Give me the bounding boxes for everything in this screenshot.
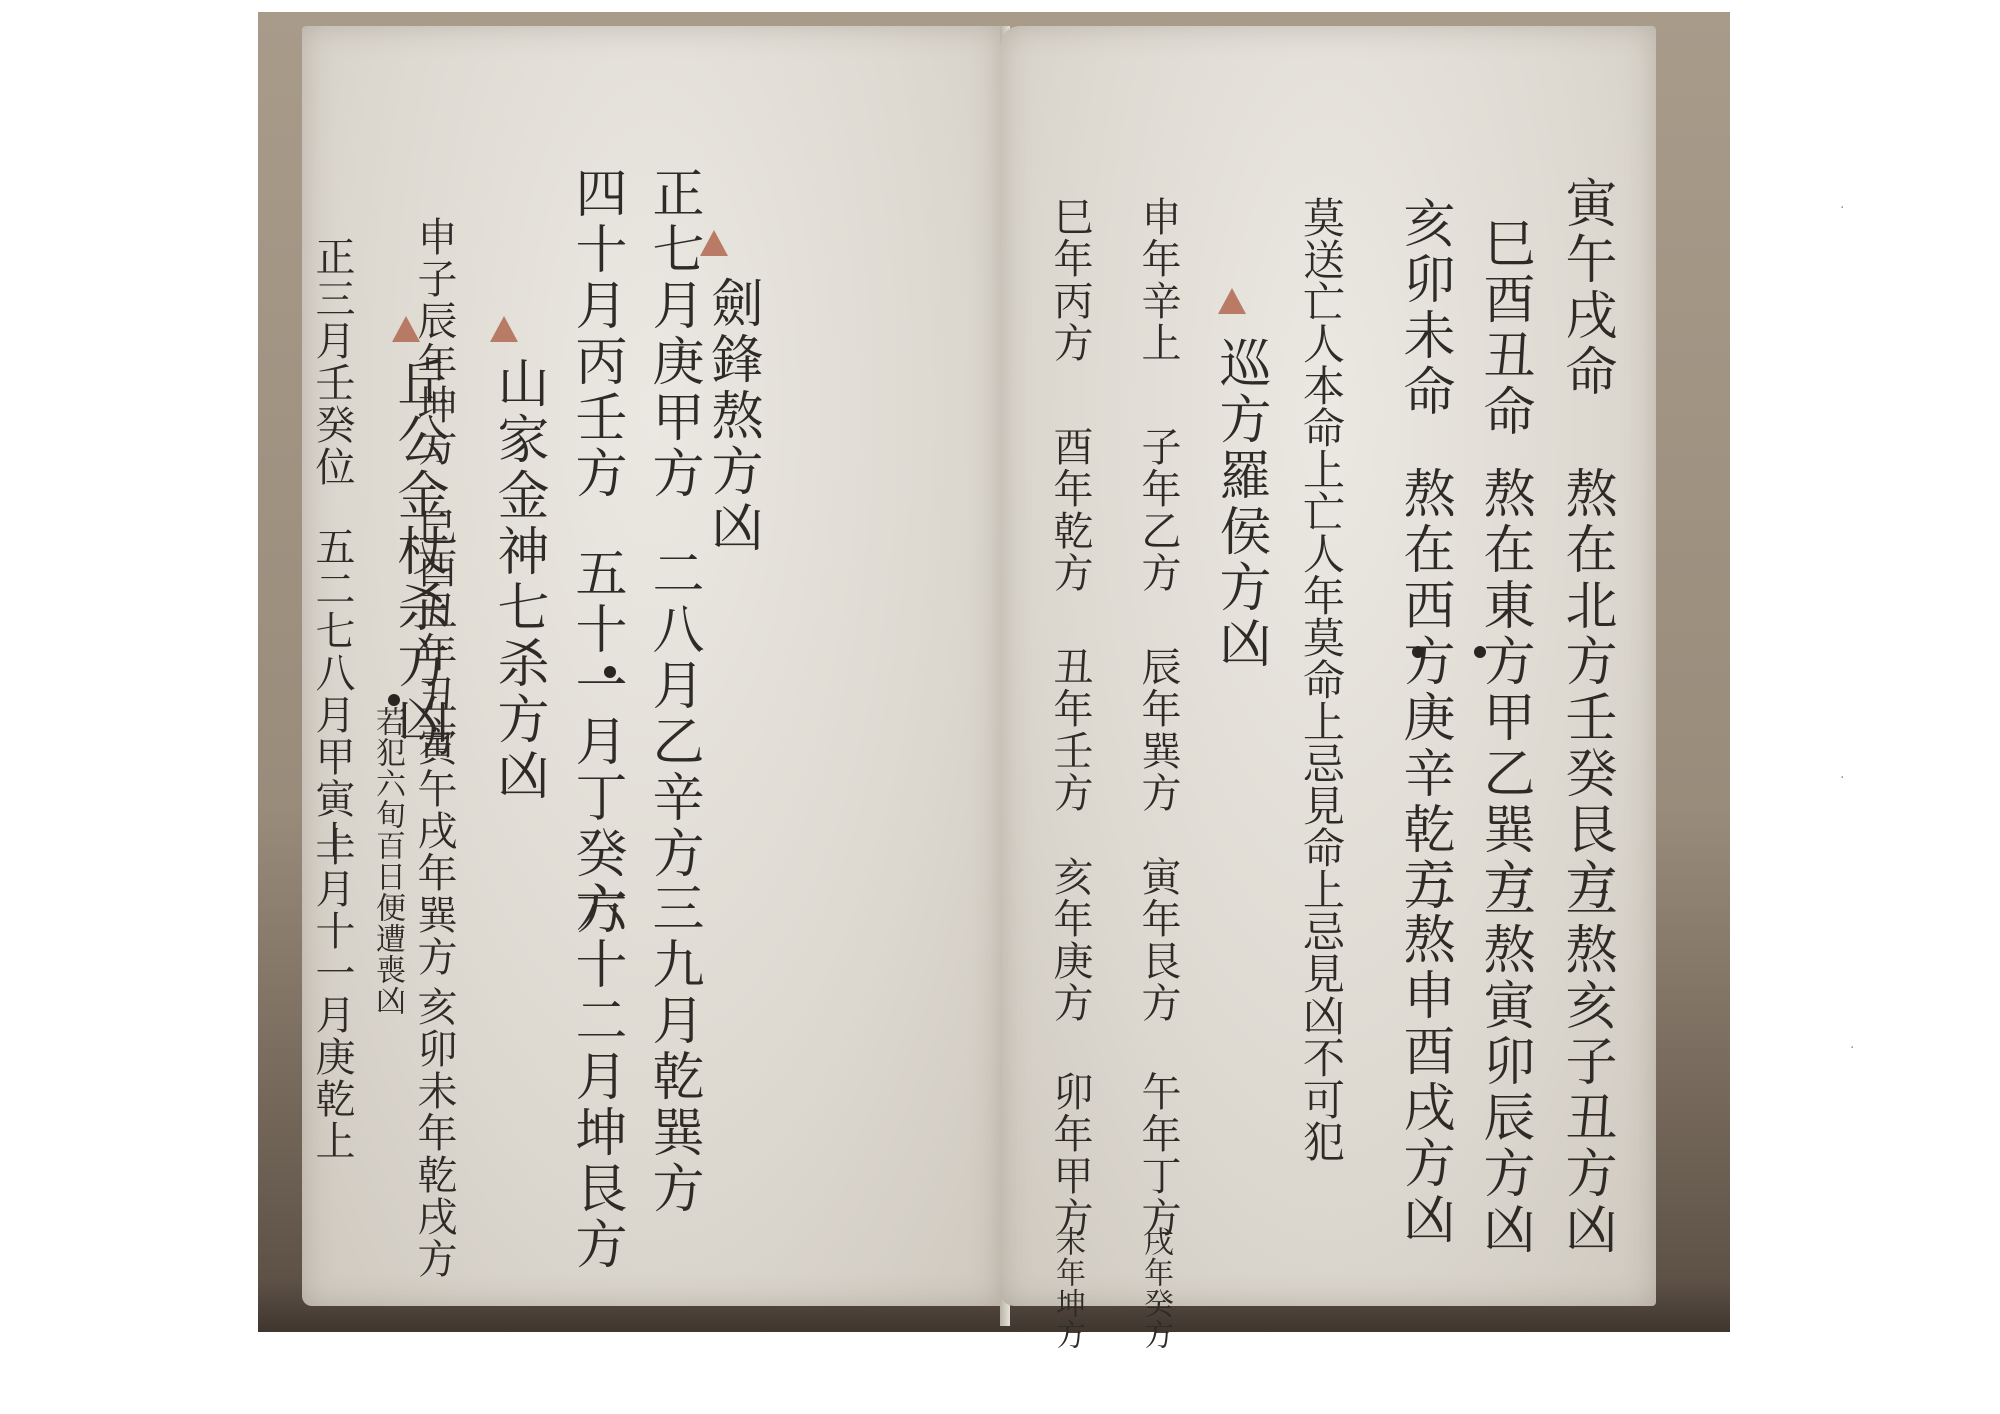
- column-heading-xunfang: 巡方羅侯方凶: [1214, 336, 1266, 672]
- column-heading: 亥卯未命: [1398, 196, 1450, 420]
- column-text: 申年辛上: [1138, 196, 1178, 364]
- column-text: 十月十一月庚乾上: [312, 826, 352, 1162]
- column-text: 莫送亡人本命上亡人年莫命上忌見命上忌見凶不可犯: [1300, 196, 1342, 1162]
- column-text: 熬在北方壬癸艮方: [1560, 466, 1612, 914]
- column-heading: 巳酉丑命: [1478, 216, 1530, 440]
- red-triangle-mark-icon: [700, 230, 728, 256]
- right-page: 寅午戌命 熬在北方壬癸艮方 三熬亥子丑方凶 巳酉丑命 熬在東方甲乙巽方 三熬寅卯…: [1000, 26, 1656, 1306]
- scan-speck: ·: [1840, 200, 1844, 216]
- ink-dot: [1412, 646, 1424, 658]
- column-text: 午年丁方: [1138, 1071, 1178, 1239]
- column-text: 三九月乾巽方: [647, 881, 699, 1217]
- column-heading-sword: 劍鋒熬方凶: [706, 276, 758, 556]
- column-text: 五十一月丁癸方: [570, 546, 622, 938]
- column-text: 辰年巽方: [1138, 646, 1178, 814]
- column-text: 寅午戌年巽方: [414, 726, 454, 978]
- scan-speck: ·: [1840, 770, 1844, 786]
- column-text: 亥卯未年乾戌方: [414, 986, 454, 1280]
- column-text: 亥年庚方: [1050, 856, 1090, 1024]
- scan-speck: ·: [1850, 1040, 1854, 1056]
- column-heading-qiugong: 丘公金杖杀方凶: [392, 356, 444, 748]
- column-note: 若犯六旬百日便遭喪凶: [372, 706, 402, 1016]
- column-text: 三熬申酉戌方凶: [1398, 856, 1450, 1248]
- red-triangle-mark-icon: [490, 316, 518, 342]
- ink-dot: [1474, 646, 1486, 658]
- column-text: 戌年癸方: [1140, 1226, 1170, 1350]
- column-text: 三熬寅卯辰方凶: [1478, 866, 1530, 1258]
- column-text: 四十月丙壬方: [570, 166, 622, 502]
- column-text: 二八月乙辛方: [647, 546, 699, 882]
- column-text: 五二七八月甲寅上: [312, 526, 352, 862]
- column-text: 卯年甲方: [1050, 1071, 1090, 1239]
- column-text: 寅年艮方: [1138, 856, 1178, 1024]
- ink-dot: [604, 666, 616, 678]
- column-heading: 寅午戌命: [1560, 176, 1612, 400]
- ink-dot: [388, 694, 400, 706]
- column-text: 未年坤方: [1052, 1226, 1082, 1350]
- column-text: 熬在東方甲乙巽方: [1478, 466, 1530, 914]
- scan-frame: 劍鋒熬方凶 正七月庚甲方 二八月乙辛方 三九月乾巽方 四十月丙壬方 五十一月丁癸…: [258, 12, 1730, 1332]
- column-text: 正七月庚甲方: [647, 166, 699, 502]
- red-triangle-mark-icon: [1218, 288, 1246, 314]
- column-text: 巳年丙方: [1050, 196, 1090, 364]
- column-text: 熬在西方庚辛乾方: [1398, 466, 1450, 914]
- column-text: 子年乙方: [1138, 426, 1178, 594]
- column-heading-mountain: 山家金神七杀方凶: [492, 356, 544, 804]
- column-text: 六十二月坤艮方: [570, 881, 622, 1273]
- column-text: 酉年乾方: [1050, 426, 1090, 594]
- column-text: 丑年壬方: [1050, 646, 1090, 814]
- red-triangle-mark-icon: [392, 316, 420, 342]
- left-page: 劍鋒熬方凶 正七月庚甲方 二八月乙辛方 三九月乾巽方 四十月丙壬方 五十一月丁癸…: [302, 26, 1002, 1306]
- column-text: 三熬亥子丑方凶: [1560, 866, 1612, 1258]
- column-text: 正三月壬癸位: [312, 236, 352, 488]
